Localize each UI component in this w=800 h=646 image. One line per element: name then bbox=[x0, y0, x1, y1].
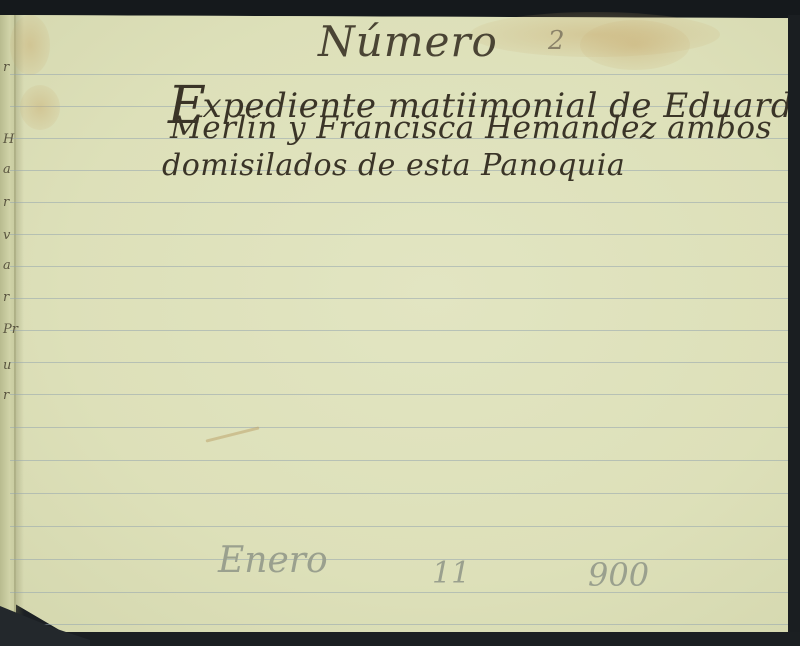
margin-fragment: v bbox=[3, 228, 10, 243]
rule-line bbox=[10, 234, 788, 235]
margin-fragment: H bbox=[3, 132, 14, 147]
water-stain bbox=[20, 85, 60, 130]
pencil-date-year: 900 bbox=[588, 556, 649, 594]
pencil-date-month: Enero bbox=[218, 540, 328, 581]
rule-line bbox=[10, 559, 788, 560]
margin-fragment: a bbox=[3, 162, 11, 177]
rule-line bbox=[10, 362, 788, 363]
body-line-3: domisilados de esta Panoquia bbox=[162, 148, 625, 183]
margin-fragment: r bbox=[3, 290, 9, 305]
bottom-page-edge bbox=[50, 632, 800, 646]
top-shadow bbox=[0, 0, 800, 18]
margin-fragment: r bbox=[3, 388, 9, 403]
margin-fragment: r bbox=[3, 60, 9, 75]
margin-fragment: r bbox=[3, 195, 9, 210]
body-line-2: Merlin y Francisca Hemandez ambos bbox=[170, 110, 772, 146]
rule-line bbox=[10, 298, 788, 299]
rule-line bbox=[10, 394, 788, 395]
pencil-date-day: 11 bbox=[432, 556, 470, 591]
rule-line bbox=[10, 460, 788, 461]
rule-line bbox=[10, 330, 788, 331]
right-page-edge bbox=[788, 15, 800, 646]
heading-number: 2 bbox=[548, 26, 565, 56]
rule-line bbox=[10, 592, 788, 593]
water-stain bbox=[10, 15, 50, 75]
rule-line bbox=[10, 266, 788, 267]
heading-label: Número bbox=[318, 17, 498, 66]
water-stain bbox=[580, 20, 690, 70]
margin-fragment: Pr bbox=[3, 322, 18, 337]
rule-line bbox=[10, 624, 788, 625]
rule-line bbox=[10, 493, 788, 494]
margin-fragment: u bbox=[3, 358, 11, 373]
margin-fragment: a bbox=[3, 258, 11, 273]
rule-line bbox=[10, 427, 788, 428]
rule-line bbox=[10, 202, 788, 203]
rule-line bbox=[10, 526, 788, 527]
